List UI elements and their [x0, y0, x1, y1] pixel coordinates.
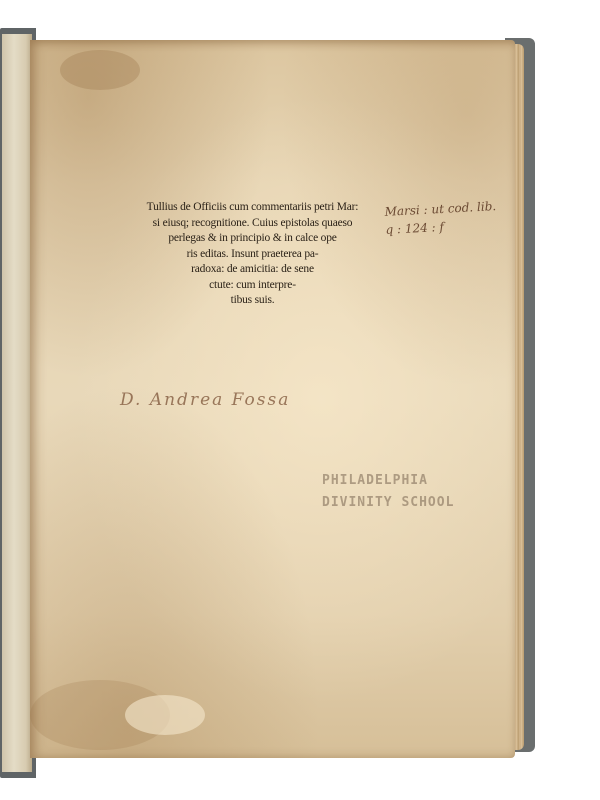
- title-line: ris editas. Insunt praeterea pa-: [135, 247, 370, 263]
- printed-title: Tullius de Officiis cum commentariis pet…: [135, 200, 370, 309]
- title-line: ctute: cum interpre-: [135, 278, 370, 294]
- title-line: Tullius de Officiis cum commentariis pet…: [135, 200, 370, 216]
- title-line: perlegas & in principio & in calce ope: [135, 231, 370, 247]
- foxing-stain: [60, 50, 140, 90]
- title-line: radoxa: de amicitia: de sene: [135, 262, 370, 278]
- title-line: tibus suis.: [135, 293, 370, 309]
- stamp-line: PHILADELPHIA: [322, 470, 454, 492]
- ownership-signature: D. Andrea Fossa: [120, 390, 290, 410]
- stamp-line: DIVINITY SCHOOL: [322, 492, 454, 514]
- blind-stamp: PHILADELPHIA DIVINITY SCHOOL: [322, 470, 454, 514]
- title-line: si eiusq; recognitione. Cuius epistolas …: [135, 216, 370, 232]
- manuscript-annotation: Marsi : ut cod. lib. q : 124 : f: [384, 197, 497, 239]
- left-flyleaf: [2, 34, 32, 772]
- light-patch: [125, 695, 205, 735]
